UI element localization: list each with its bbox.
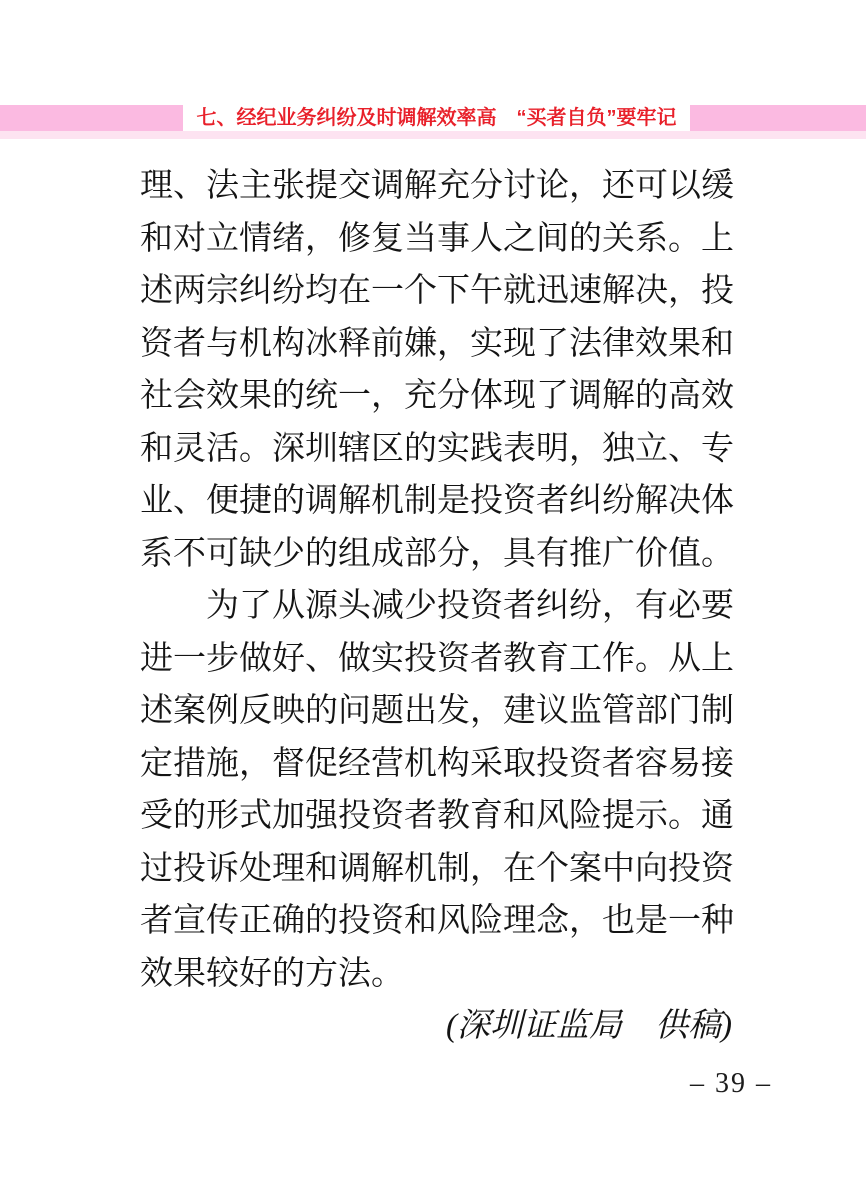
text-line: 过投诉处理和调解机制，在个案中向投资 xyxy=(140,843,744,896)
text-line: 定措施，督促经营机构采取投资者容易接 xyxy=(140,738,744,791)
header-pink-bar-left xyxy=(0,105,183,131)
text-line: 进一步做好、做实投资者教育工作。从上 xyxy=(140,633,744,686)
text-line: 社会效果的统一，充分体现了调解的高效 xyxy=(140,370,744,423)
page-number: – 39 – xyxy=(0,1068,772,1100)
text-line: 系不可缺少的组成部分，具有推广价值。 xyxy=(140,528,744,581)
running-head: 七、经纪业务纠纷及时调解效率高 “买者自负”要牢记 xyxy=(0,105,866,131)
text-line: 述两宗纠纷均在一个下午就迅速解决，投 xyxy=(140,265,744,318)
text-line: 业、便捷的调解机制是投资者纠纷解决体 xyxy=(140,475,744,528)
text-line-paragraph-start: 为了从源头减少投资者纠纷，有必要 xyxy=(140,580,744,633)
text-line: 和对立情绪，修复当事人之间的关系。上 xyxy=(140,213,744,266)
chapter-title: 七、经纪业务纠纷及时调解效率高 “买者自负”要牢记 xyxy=(183,105,690,131)
text-line: 者宣传正确的投资和风险理念，也是一种 xyxy=(140,895,744,948)
attribution-line: (深圳证监局 供稿) xyxy=(140,1000,744,1053)
header-underline-strip xyxy=(0,131,866,139)
text-line: 受的形式加强投资者教育和风险提示。通 xyxy=(140,790,744,843)
text-line: 和灵活。深圳辖区的实践表明，独立、专 xyxy=(140,423,744,476)
text-line: 效果较好的方法。 xyxy=(140,948,744,1001)
text-line: 述案例反映的问题出发，建议监管部门制 xyxy=(140,685,744,738)
text-line: 理、法主张提交调解充分讨论，还可以缓 xyxy=(140,160,744,213)
header-pink-bar-right xyxy=(690,105,866,131)
body-text: 理、法主张提交调解充分讨论，还可以缓 和对立情绪，修复当事人之间的关系。上 述两… xyxy=(140,160,744,1053)
book-page: 七、经纪业务纠纷及时调解效率高 “买者自负”要牢记 理、法主张提交调解充分讨论，… xyxy=(0,0,866,1189)
text-line: 资者与机构冰释前嫌，实现了法律效果和 xyxy=(140,318,744,371)
